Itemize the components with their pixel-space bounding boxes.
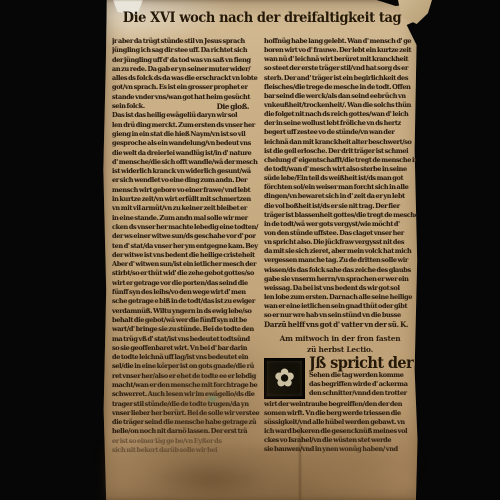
text-line: der in seine wollust lebt fröliche vn ds… bbox=[264, 119, 416, 128]
text-line: trager stil stünde/die de todte trugen/d… bbox=[112, 400, 261, 409]
text-line: sein folck.Die gloß. bbox=[112, 102, 261, 111]
text-line: macht/wan er den mensche mit forchtrage … bbox=[112, 381, 261, 390]
text-line: er sich wendlet vo eine ding zum andn. D… bbox=[112, 176, 261, 185]
lection-section: Am mitwoch in der fron fasten zü herbst … bbox=[264, 333, 416, 455]
text-line: somen wirft. Vn die berg werde triessen … bbox=[264, 409, 416, 418]
text-line: vn spricht also. Die jückfraw vergysst n… bbox=[264, 238, 416, 247]
text-line: fleisches/die trege de mesche in de todt… bbox=[264, 83, 416, 92]
text-line: sich nit bekert darüb solle wir bei bbox=[112, 446, 261, 455]
text-line: boren wirt vo d' frauwe. Der lebt ein ku… bbox=[264, 46, 416, 55]
text-line: wirt er getrage vor die porten/das seind… bbox=[112, 279, 261, 288]
text-line: in de todt/wä wer gots vergyst/wie möcht… bbox=[264, 220, 416, 229]
left-text-column: jr aber da trügt stünde stil vn Jesus sp… bbox=[112, 37, 261, 461]
text-line: len drü ding merckt. Zum ersten ds vnser… bbox=[112, 121, 261, 130]
text-line: der witwe ist vns bedent die heilige cri… bbox=[112, 251, 261, 260]
text-line: der jüngling uff d' da tod was vn saß vn… bbox=[112, 56, 261, 65]
text-line: gabe sie vnserm herrn/vn sprachen er wer… bbox=[264, 275, 416, 284]
text-line: d' mensche/die sich offt wandle/wä der m… bbox=[112, 158, 261, 167]
text-line: sie bauwen/vnd in ynen wonüg haben/ vnd bbox=[264, 445, 416, 454]
text-line: so steet der erste träger stil/vnd hat s… bbox=[264, 64, 416, 73]
initial-ornament-icon: ✿ bbox=[274, 366, 294, 390]
text-line: Darzü helff vns got d' vatter vn der sü.… bbox=[264, 320, 416, 329]
text-line: die träger seind die mensche habe getrag… bbox=[112, 418, 261, 427]
text-line: len lobe zum ersten. Darnach alle seine … bbox=[264, 293, 416, 302]
text-line: ich ward bekeren die gesencknüß meines v… bbox=[264, 427, 416, 436]
text-line: gieng in ein stat die hieß Naym/vn ist s… bbox=[112, 130, 261, 139]
text-line: leichnä dan mit kranckheit alter beschwe… bbox=[264, 138, 416, 147]
page-title: Die XVI woch nach der dreifaltigkeit tag bbox=[112, 11, 412, 27]
text-line: so er nur wre hab vn sein stünd vn die b… bbox=[264, 311, 416, 320]
text-line: sche getrage e biß in de todt/das ist zu… bbox=[112, 297, 261, 306]
text-line: an zu rede. Da gab er yn seiner muter wi… bbox=[112, 65, 261, 74]
woodcut-initial: ✿ bbox=[264, 358, 305, 399]
right-text-column: hoffnüg habe lang gelebt. Wan d' mensch … bbox=[264, 37, 416, 461]
text-line: wirt der weintraube begreiffen/den der d… bbox=[264, 400, 416, 409]
text-line: wart/d' bringe sie zu stünde. Bei de tod… bbox=[112, 325, 261, 334]
text-line: die folget nit nach ds reich gottes/wan … bbox=[264, 110, 416, 119]
text-line: helle/on noch nit darnö lassen. Der erst… bbox=[112, 427, 261, 436]
text-line: vnkeußheit/trockenheit/. Wan die solchs … bbox=[264, 101, 416, 110]
text-line: begert uff zestee vo de stünde/vn wan de… bbox=[264, 128, 416, 137]
lines-below-initial: wirt der weintraube begreiffen/den der d… bbox=[264, 400, 416, 455]
text-line: so sie geoffenbaret wirt. Vn bei d' bar … bbox=[112, 344, 261, 353]
text-line: stirbt/so er thüt wid' die zehe gebot go… bbox=[112, 269, 261, 278]
text-line: vergessen manche tag. Zu de dritten soll… bbox=[264, 256, 416, 265]
text-line: er ist so einer läg ge be/vn Eyßer ds bbox=[112, 437, 261, 446]
text-line: Das ist das heilig ewägeliü daryn wir so… bbox=[112, 111, 261, 120]
rubric-line-1: Am mitwoch in der fron fasten bbox=[264, 333, 416, 344]
text-line: das begriffen wirde d' ackerma bbox=[309, 380, 416, 389]
text-line: von den stünde uffstee. Das claget vnser… bbox=[264, 229, 416, 238]
text-line: die vol boßheit ist/ds er sie nit trag. … bbox=[264, 202, 416, 211]
text-line: weissag. Da bei ist vns bedent ds wir go… bbox=[264, 284, 416, 293]
text-line: förchten sol/ein weiser man forcht sich … bbox=[264, 183, 416, 192]
text-line: de todte leichnä uff lag/ist vns bedeute… bbox=[112, 353, 261, 362]
text-line: ist die geil erlosche. Der drit träger i… bbox=[264, 147, 416, 156]
text-line: verdamnüß. Wiltu yngern in ds ewig lebe/… bbox=[112, 307, 261, 316]
text-line: Aber d' witwen sun/ist ein ietlicher mes… bbox=[112, 260, 261, 269]
ink-speck bbox=[208, 396, 217, 402]
text-line: vn mit vil armüt/vn zu keiner zeit bleib… bbox=[112, 204, 261, 213]
text-line: alles ds folck ds da was die erschrackt … bbox=[112, 74, 261, 83]
text-line: got/vn sprach. Es ist ein grosser prophe… bbox=[112, 83, 261, 92]
text-line: jr aber da trügt stünde stil vn Jesus sp… bbox=[112, 37, 261, 46]
rubric-line-2: zü herbst Lectio. bbox=[264, 344, 416, 355]
text-line: wan nü d' leichnä wirt berüret mit kranc… bbox=[264, 55, 416, 64]
text-line: sel/die in eine körper ist on gots gnade… bbox=[112, 362, 261, 371]
text-line: de todt/wan d' mesch wirt also sterbe in… bbox=[264, 165, 416, 174]
text-line: träger ist blassenheit gottes/die tregt … bbox=[264, 211, 416, 220]
text-line: die welt da dreierlei wandlüg ist/in d' … bbox=[112, 149, 261, 158]
text-line: mensch wirt gebore vo einer frawe/ vnd l… bbox=[112, 186, 261, 195]
text-line: fünff syn des leibs/vo den wege wirt d' … bbox=[112, 288, 261, 297]
text-line: bar seind die werck/als dan seind eebrüc… bbox=[264, 92, 416, 101]
text-line: süde lebe/Ein teil ds weißheit ist/ds ma… bbox=[264, 174, 416, 183]
text-line: vnser lieber her berürt. Bei de solle wi… bbox=[112, 409, 261, 418]
text-line: ten d' stat/da vnser her ym entgegne kam… bbox=[112, 242, 261, 251]
fold-crease bbox=[299, 425, 301, 500]
text-line: da mit sie sich zieret, aber mein volck … bbox=[264, 247, 416, 256]
text-line: hoffnüg habe lang gelebt. Wan d' mensch … bbox=[264, 37, 416, 46]
text-line: ret vnser her/also er ehet de todte ee e… bbox=[112, 372, 261, 381]
text-line: dingen/vn bewaret sich in d' zeit da er … bbox=[264, 192, 416, 201]
text-line: wan er eine ietlichen sein gnad thüt ode… bbox=[264, 302, 416, 311]
text-line: den schnitter/vnnd den trotter bbox=[309, 389, 416, 398]
text-line: in eine stande. Zum andn mal solle wir m… bbox=[112, 214, 261, 223]
text-line: gesproche als ein wandelung/vn bedeut vn… bbox=[112, 139, 261, 148]
text-line: süssigkeit/vnd alle hübel werden gebawt.… bbox=[264, 418, 416, 427]
text-line: jüngling ich sag dir stee uff. Da richte… bbox=[112, 46, 261, 55]
text-line: der ws einer witwe sun/ds geschahe vor d… bbox=[112, 232, 261, 241]
text-line: cken ds vnser her machte lebedig eine to… bbox=[112, 223, 261, 232]
right-column-body: hoffnüg habe lang gelebt. Wan d' mensch … bbox=[264, 37, 416, 330]
text-line: wissen/ds das folck sahe das zeiche des … bbox=[264, 266, 416, 275]
text-line: in kurtze zeit/vn wirt erfüllt mit schme… bbox=[112, 195, 261, 204]
section-heading: Jß spricht der her bbox=[309, 355, 416, 372]
text-line: ist widerlich kranck vn widerlich gesunt… bbox=[112, 167, 261, 176]
text-line: stande vnder vns/wan got hat heim gesüch… bbox=[112, 93, 261, 102]
text-line: ckes vo Israhel/vn die wüsten stet werde bbox=[264, 436, 416, 445]
gloss-heading: Die gloß. bbox=[217, 102, 249, 111]
text-line: chelung d' eigentschafft/die tregt de me… bbox=[264, 156, 416, 165]
text-line: behalt die gebot/wä wer die fünff syn ni… bbox=[112, 316, 261, 325]
text-line: schwerret. Auch lesen wir im ewägelio/ds… bbox=[112, 390, 261, 399]
text-line: ma trüg vß d' stat/ist vns bedeutet todt… bbox=[112, 335, 261, 344]
text-line: sterb. Der and' träger ist ein begirlich… bbox=[264, 74, 416, 83]
